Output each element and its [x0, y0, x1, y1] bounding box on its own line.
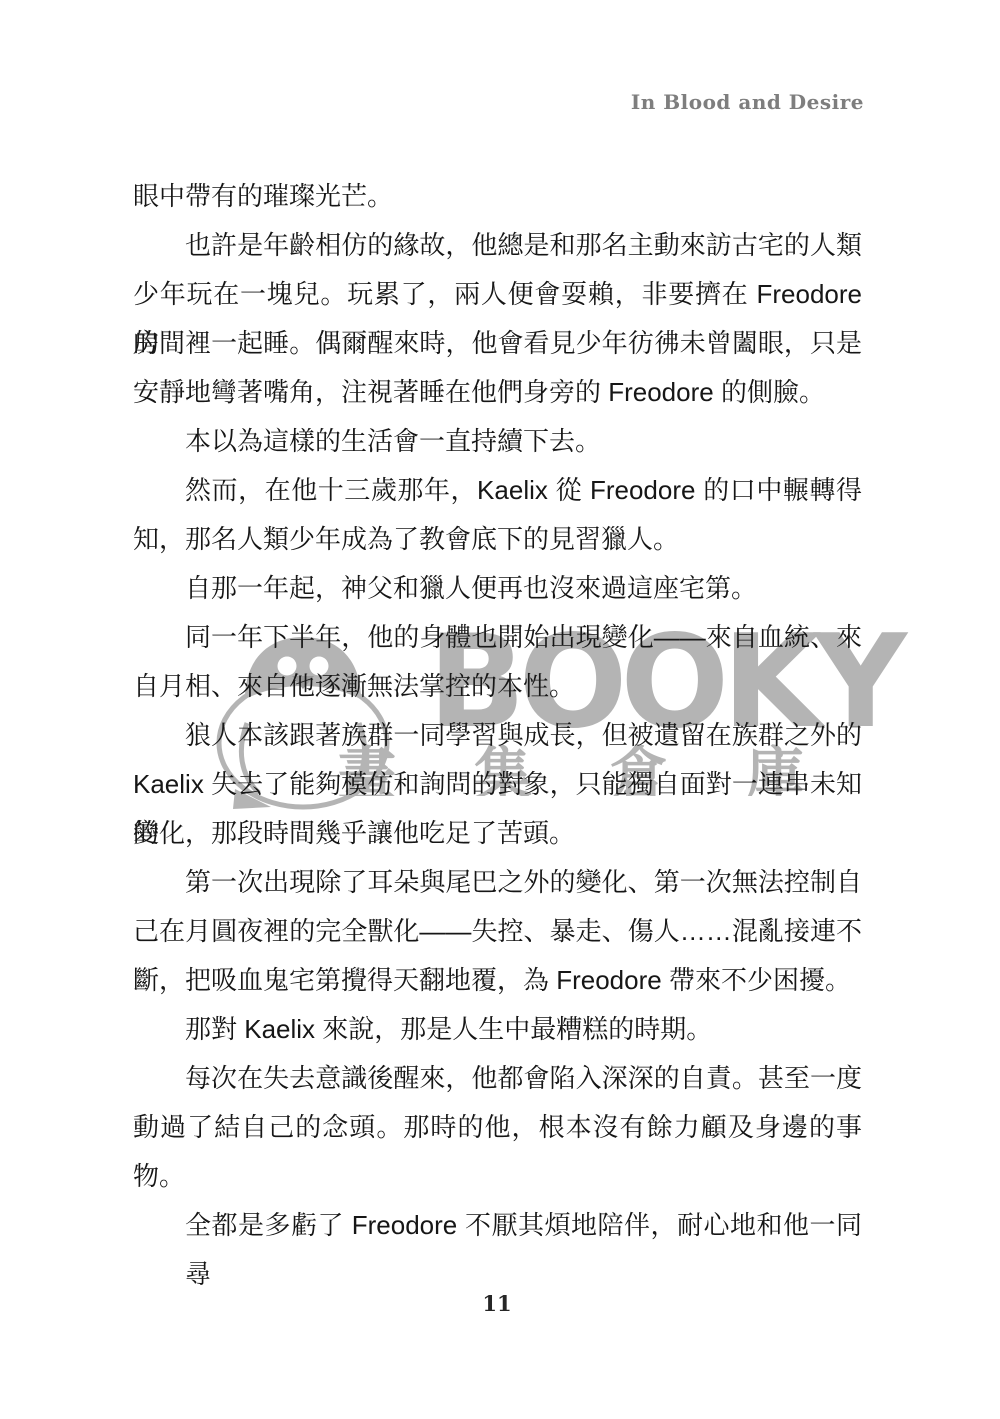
header-title: In Blood and Desire [631, 90, 864, 114]
body-text-line: 也許是年齡相仿的緣故，他總是和那名主動來訪古宅的人類 [133, 221, 862, 270]
page-number: 11 [0, 1291, 994, 1317]
body-text-line: 變化，那段時間幾乎讓他吃足了苦頭。 [133, 809, 862, 858]
body-text-line: 動過了結自己的念頭。那時的他，根本沒有餘力顧及身邊的事 [133, 1103, 862, 1152]
book-page: BOOKY 畫集倉庫 In Blood and Desire 眼中帶有的璀璨光芒… [0, 0, 1000, 1419]
body-text-line: 少年玩在一塊兒。玩累了，兩人便會耍賴，非要擠在 Freodore 的 [133, 270, 862, 319]
body-text-line: 自月相、來自他逐漸無法掌控的本性。 [133, 662, 862, 711]
body-text-line: 己在月圓夜裡的完全獸化——失控、暴走、傷人……混亂接連不 [133, 907, 862, 956]
body-text-line: Kaelix 失去了能夠模仿和詢問的對象，只能獨自面對一連串未知的 [133, 760, 862, 809]
body-text-line: 每次在失去意識後醒來，他都會陷入深深的自責。甚至一度 [133, 1054, 862, 1103]
body-text-line: 物。 [133, 1152, 862, 1201]
body-text-line: 全都是多虧了 Freodore 不厭其煩地陪伴，耐心地和他一同尋 [133, 1201, 862, 1250]
body-text-line: 斷，把吸血鬼宅第攪得天翻地覆，為 Freodore 帶來不少困擾。 [133, 956, 862, 1005]
body-text-line: 同一年下半年，他的身體也開始出現變化——來自血統、來 [133, 613, 862, 662]
body-text-line: 本以為這樣的生活會一直持續下去。 [133, 417, 862, 466]
body-text-line: 安靜地彎著嘴角，注視著睡在他們身旁的 Freodore 的側臉。 [133, 368, 862, 417]
body-text-block: 眼中帶有的璀璨光芒。 也許是年齡相仿的緣故，他總是和那名主動來訪古宅的人類 少年… [133, 172, 862, 1250]
body-text-line: 房間裡一起睡。偶爾醒來時，他會看見少年彷彿未曾闔眼，只是 [133, 319, 862, 368]
body-text-line: 然而，在他十三歲那年，Kaelix 從 Freodore 的口中輾轉得 [133, 466, 862, 515]
body-text-line: 那對 Kaelix 來說，那是人生中最糟糕的時期。 [133, 1005, 862, 1054]
body-text-line: 自那一年起，神父和獵人便再也沒來過這座宅第。 [133, 564, 862, 613]
body-text-line: 狼人本該跟著族群一同學習與成長，但被遺留在族群之外的 [133, 711, 862, 760]
body-text-line: 知，那名人類少年成為了教會底下的見習獵人。 [133, 515, 862, 564]
body-text-line: 第一次出現除了耳朵與尾巴之外的變化、第一次無法控制自 [133, 858, 862, 907]
body-text-line: 眼中帶有的璀璨光芒。 [133, 172, 862, 221]
